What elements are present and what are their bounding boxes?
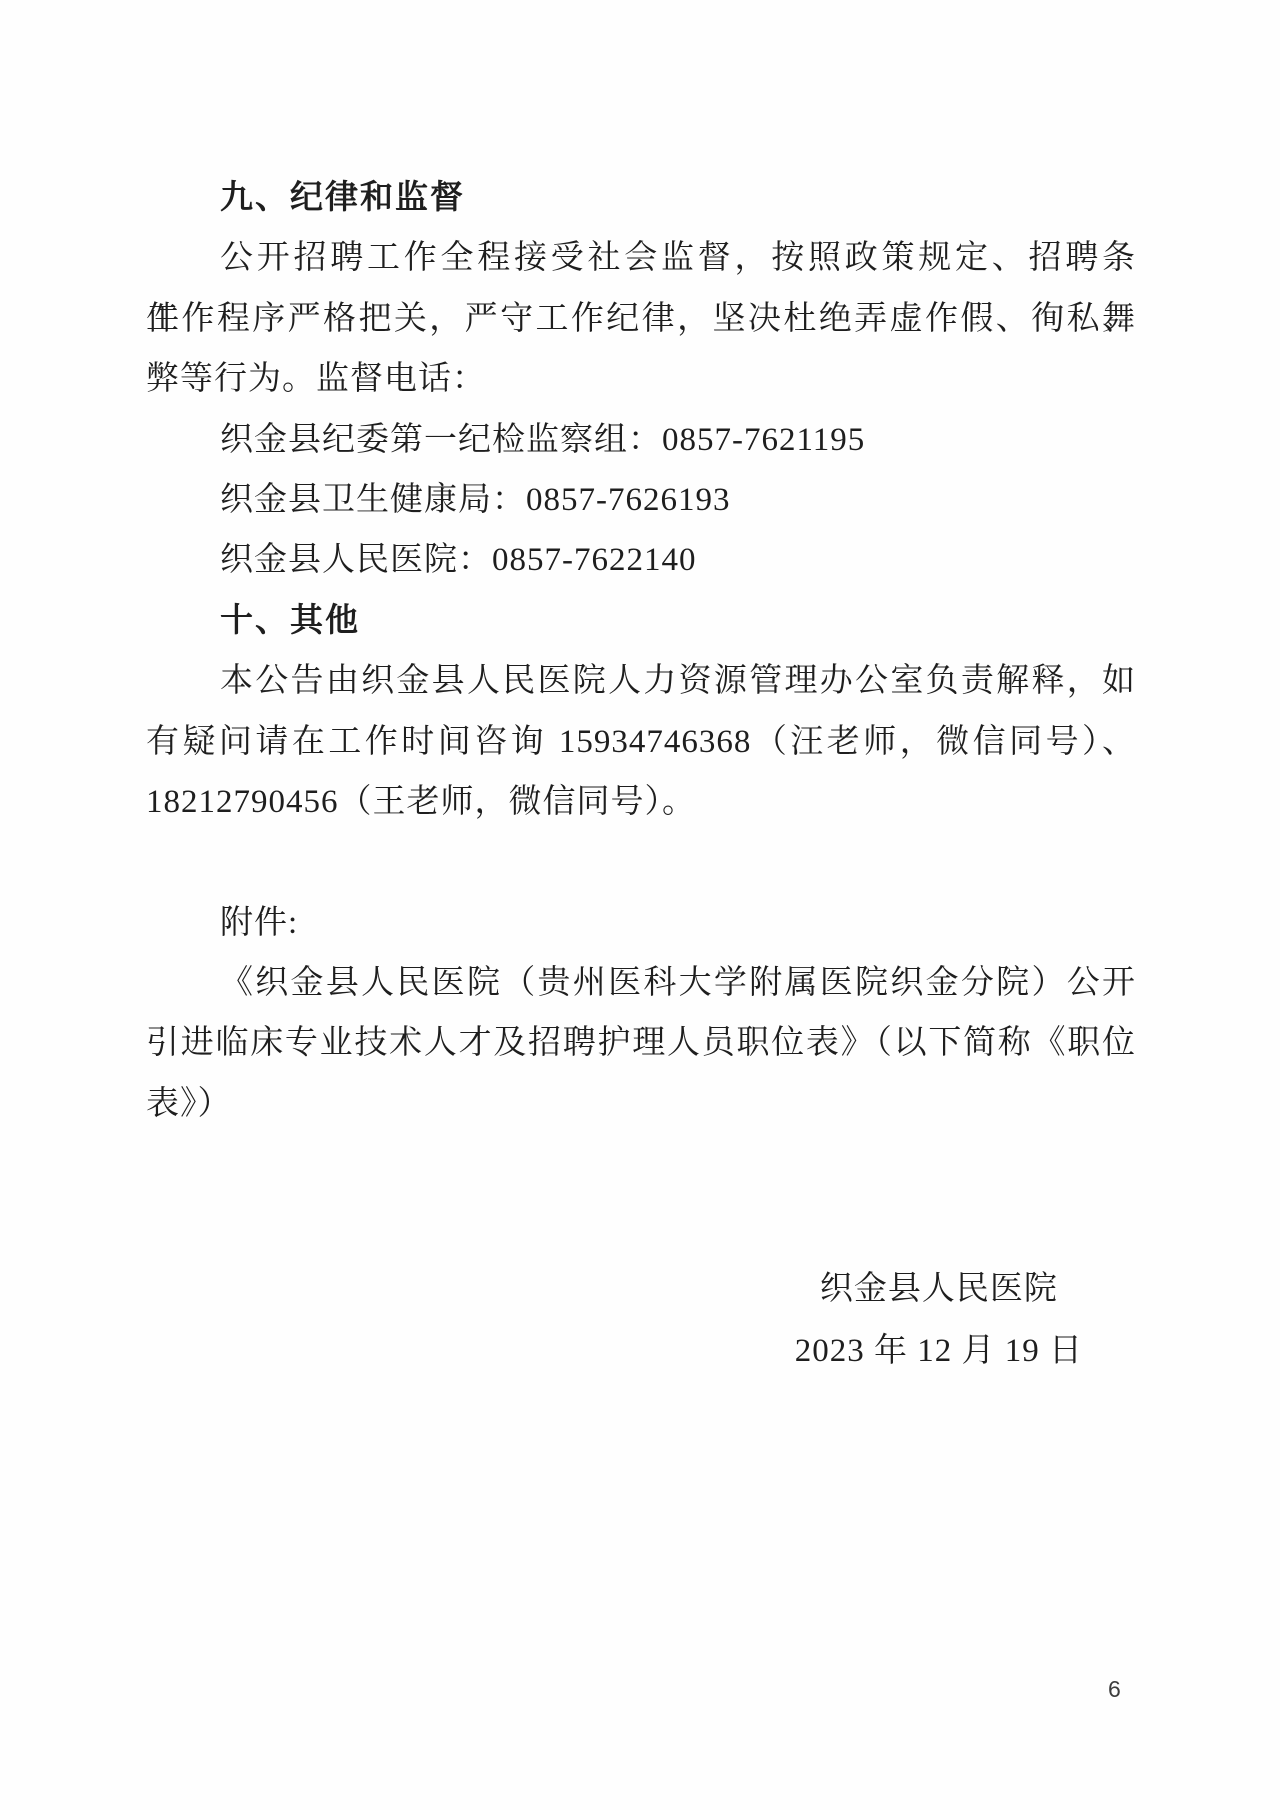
signature-organization: 织金县人民医院 xyxy=(795,1258,1083,1320)
section-9-heading: 九、纪律和监督 xyxy=(146,168,1136,228)
page-number: 6 xyxy=(1108,1676,1121,1703)
signature-block: 织金县人民医院 2023 年 12 月 19 日 xyxy=(795,1258,1083,1382)
section-9-paragraph-line-1: 公开招聘工作全程接受社会监督，按照政策规定、招聘条件、 xyxy=(146,228,1136,288)
document-page: 九、纪律和监督 公开招聘工作全程接受社会监督，按照政策规定、招聘条件、 工作程序… xyxy=(0,0,1280,1810)
document-body: 九、纪律和监督 公开招聘工作全程接受社会监督，按照政策规定、招聘条件、 工作程序… xyxy=(146,168,1136,1134)
attachment-title-line-2: 引进临床专业技术人才及招聘护理人员职位表》（以下简称《职位 xyxy=(146,1013,1136,1073)
section-9-paragraph-line-3: 弊等行为。监督电话： xyxy=(146,349,1136,409)
hotline-health-bureau: 织金县卫生健康局：0857-7626193 xyxy=(146,470,1136,530)
section-9-paragraph-line-2: 工作程序严格把关，严守工作纪律，坚决杜绝弄虚作假、徇私舞 xyxy=(146,289,1136,349)
attachment-label: 附件: xyxy=(146,893,1136,953)
attachment-title-line-3: 表》） xyxy=(146,1074,1136,1134)
section-10-paragraph-line-2: 有疑问请在工作时间咨询 15934746368（汪老师，微信同号）、 xyxy=(146,712,1136,772)
hotline-peoples-hospital: 织金县人民医院：0857-7622140 xyxy=(146,530,1136,590)
section-10-paragraph-line-1: 本公告由织金县人民医院人力资源管理办公室负责解释，如 xyxy=(146,651,1136,711)
hotline-discipline-inspection-group: 织金县纪委第一纪检监察组：0857-7621195 xyxy=(146,410,1136,470)
section-10-paragraph-line-3: 18212790456（王老师，微信同号）。 xyxy=(146,772,1136,832)
attachment-title-line-1: 《织金县人民医院（贵州医科大学附属医院织金分院）公开 xyxy=(146,953,1136,1013)
signature-date: 2023 年 12 月 19 日 xyxy=(795,1320,1083,1382)
section-10-heading: 十、其他 xyxy=(146,591,1136,651)
blank-line xyxy=(146,832,1136,892)
